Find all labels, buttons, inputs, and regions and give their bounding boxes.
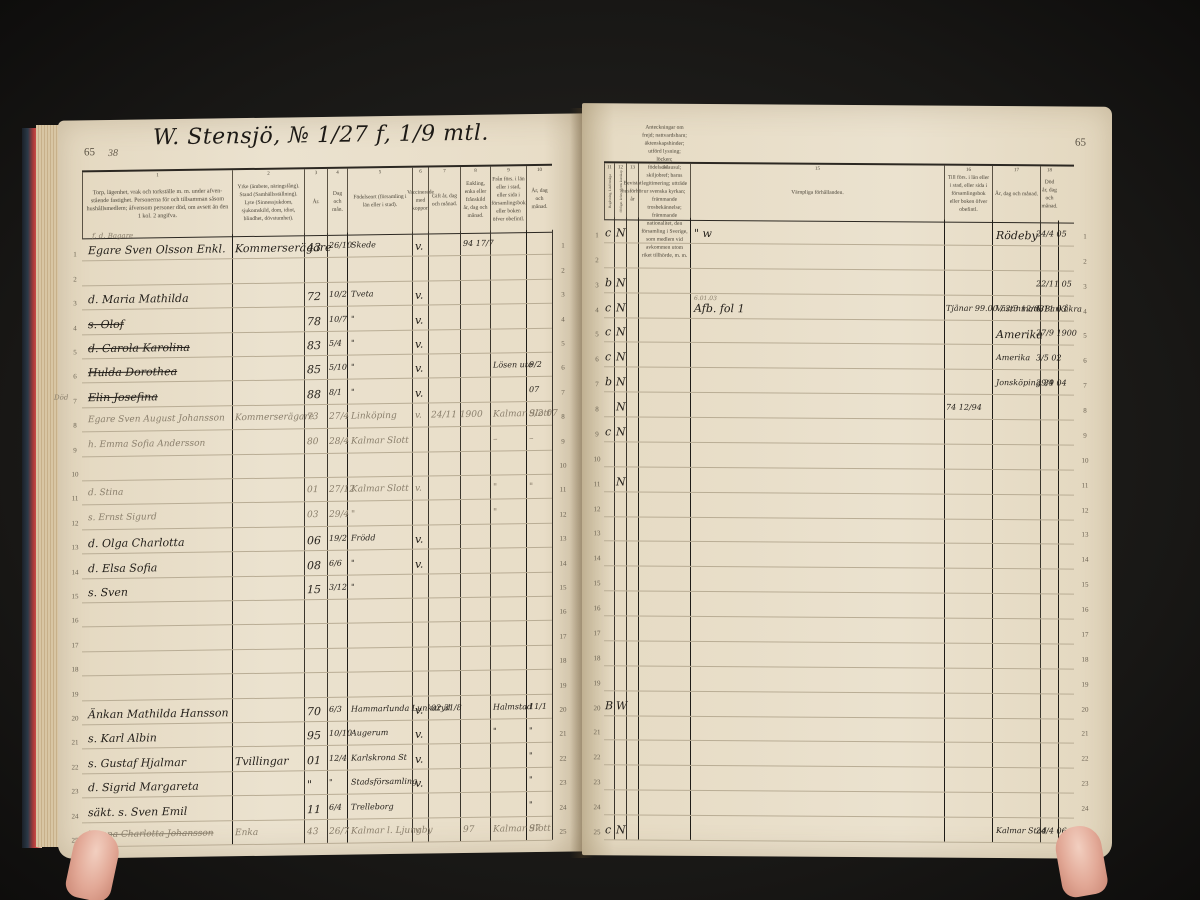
person-name: s. Olof (88, 317, 124, 331)
row-number: 18 (68, 666, 82, 674)
column-rule (232, 234, 233, 844)
person-name: d. Sigrid Margareta (88, 780, 199, 795)
moved-out-date: 27/9 1900 (1036, 329, 1077, 338)
birth-year: 43 (307, 827, 318, 837)
row-number-right: 2 (1078, 257, 1092, 265)
row-number: 19 (68, 690, 82, 698)
birth-year: 95 (307, 729, 321, 742)
moved-out-to: Rödeby (996, 229, 1038, 242)
remarks: Afb. fol 1 (694, 301, 745, 314)
row-number: 24 (68, 812, 82, 820)
row-number-right: 7 (556, 388, 570, 396)
moved-in-from: – (493, 434, 498, 444)
row-rule (82, 840, 552, 848)
row-number-right: 1 (556, 242, 570, 250)
birthplace: " (351, 363, 355, 372)
row-number: 21 (590, 729, 604, 737)
birth-year: 72 (307, 290, 321, 303)
row-number-right: 1 (1078, 232, 1092, 240)
widowed-date: 97 (463, 825, 474, 835)
row-rule (604, 342, 1074, 346)
row-rule (82, 449, 552, 457)
column-number: 7 (429, 168, 460, 176)
row-number-right: 19 (1078, 680, 1092, 688)
reading-ability: c (605, 425, 611, 438)
row-number-right: 21 (1078, 730, 1092, 738)
column-header-6: 6Vaccinerade med koppor. (412, 168, 428, 234)
row-number-right: 23 (556, 779, 570, 787)
row-rule (82, 498, 552, 506)
birth-day-month: 6/6 (329, 558, 342, 567)
column-header-3: 3År. (304, 169, 327, 235)
row-rule (604, 690, 1074, 694)
column-number: 18 (1041, 167, 1058, 175)
row-rule (604, 814, 1074, 818)
row-number-right: 5 (556, 340, 570, 348)
moved-in-date: – (529, 434, 534, 444)
column-header-14: 14Anteckningar om frejd; nattvardsbarn; … (638, 164, 690, 220)
row-number: 24 (590, 803, 604, 811)
row-number-right: 7 (1078, 382, 1092, 390)
religion-knowledge: W (616, 699, 627, 712)
religion-knowledge: N (616, 425, 626, 438)
column-header-8: 8Enkling, enka eller frånskild år, dag o… (460, 167, 490, 233)
row-rule (604, 839, 1074, 843)
row-rule (604, 715, 1074, 719)
row-number: 8 (590, 405, 604, 413)
birthplace: Kalmar Slott (351, 435, 409, 446)
row-number: 9 (68, 446, 82, 454)
column-rule (614, 217, 615, 839)
vaccinated: v. (415, 557, 423, 570)
moved-in-date: " (529, 726, 533, 735)
row-rule (82, 669, 552, 677)
left-register-grid: 11Egare Sven Olsson Enkl.Kommerserägare4… (82, 230, 552, 847)
person-name: s. Gustaf Hjalmar (88, 756, 186, 770)
row-number-right: 6 (556, 364, 570, 372)
row-number: 10 (68, 470, 82, 478)
row-rule (604, 615, 1074, 619)
row-number: 4 (68, 324, 82, 332)
reading-ability: c (605, 226, 611, 239)
column-number: 13 (627, 164, 638, 172)
moved-in-date: " (529, 751, 533, 760)
column-label: Födelseort (församling i län eller i sta… (350, 193, 410, 210)
column-rule (460, 231, 461, 841)
row-number: 16 (590, 604, 604, 612)
birthplace: Tveta (351, 289, 374, 298)
column-label: År, dag och månad. (995, 190, 1038, 198)
moved-out-to: Amerika (996, 353, 1030, 362)
birth-year: 83 (307, 339, 321, 352)
row-rule (604, 516, 1074, 520)
page-number-right: 65 (1075, 137, 1086, 149)
person-name: d. Maria Mathilda (88, 292, 189, 306)
moved-in-from: " (493, 483, 497, 493)
row-number-right: 6 (1078, 357, 1092, 365)
row-rule (604, 541, 1074, 545)
column-label: Till förs. i län eller i stad, eller sid… (947, 174, 990, 214)
column-header-13: 13Bevistat husförhör år (626, 163, 638, 219)
column-rule (944, 220, 945, 842)
column-header-18: 18Död år, dag och månad. (1040, 166, 1058, 222)
row-number-right: 4 (556, 315, 570, 323)
person-name: Egare Sven August Johansson (88, 414, 225, 426)
column-number: 8 (461, 168, 490, 176)
vaccinated: v. (415, 704, 423, 717)
birth-year: 80 (307, 437, 318, 447)
birth-year: 43 (307, 241, 321, 254)
row-number-right: 15 (1078, 581, 1092, 589)
row-number: 17 (590, 629, 604, 637)
column-number: 14 (639, 165, 690, 173)
row-number-right: 12 (1078, 506, 1092, 514)
left-page: 65 38 W. Stensjö, № 1/27 f, 1/9 mtl. 1To… (58, 113, 586, 858)
birth-year: 70 (307, 705, 321, 718)
column-label: Värnpliga förhållanden. (791, 189, 844, 197)
row-number: 6 (68, 373, 82, 381)
moved-out-date: 6/11 03 (1036, 304, 1067, 313)
column-header-10: 10År, dag och månad. (526, 166, 552, 232)
column-rule (626, 217, 627, 839)
birth-day-month: " (329, 778, 333, 787)
column-label: Död år, dag och månad. (1041, 178, 1057, 210)
row-number: 25 (590, 828, 604, 836)
right-column-headers: 11Begåvning, Läsförmåga12Obligat. kriste… (604, 161, 1074, 223)
row-number: 20 (68, 714, 82, 722)
row-number-right: 16 (1078, 606, 1092, 614)
row-number: 15 (590, 579, 604, 587)
column-rule (690, 218, 691, 840)
vaccinated: v. (415, 313, 423, 326)
person-name: Egare Sven Olsson Enkl. (88, 243, 226, 258)
person-name: Hulda Dorothea (88, 365, 177, 379)
row-number: 3 (590, 281, 604, 289)
person-name: säkt. s. Sven Emil (88, 804, 187, 818)
row-number: 11 (68, 495, 82, 503)
vaccinated: v. (415, 386, 423, 399)
birthplace: Karlskrona St (351, 753, 407, 763)
row-number-right: 18 (556, 657, 570, 665)
row-number: 12 (68, 519, 82, 527)
row-number-right: 24 (556, 803, 570, 811)
row-rule (604, 317, 1074, 321)
column-number: 3 (305, 170, 327, 178)
column-number: 9 (491, 167, 526, 175)
row-number: 2 (590, 256, 604, 264)
column-label: Begåvning, Läsförmåga (606, 174, 614, 208)
column-number: 15 (691, 165, 944, 175)
birth-day-month: 5/10 (329, 363, 347, 372)
margin-note: 38 (108, 148, 118, 159)
column-rule (992, 220, 993, 842)
person-name: s. Karl Albin (88, 732, 157, 746)
birth-day-month: 26/7 (329, 827, 349, 837)
row-number-right: 3 (556, 291, 570, 299)
vaccinated: v. (415, 728, 423, 741)
birthplace: " (351, 558, 355, 567)
row-number-right: 20 (556, 706, 570, 714)
row-number: 7 (68, 397, 82, 405)
row-rule (82, 645, 552, 653)
moved-in-from: Kalmar Slott (493, 824, 551, 835)
birth-year: 01 (307, 485, 318, 495)
birth-day-month: 29/4 (329, 509, 349, 519)
column-header-2: 2Yrke (ämbete, näringsfång). Stand (Samh… (232, 169, 304, 236)
birth-day-month: 5/4 (329, 339, 342, 348)
row-number-right: 18 (1078, 655, 1092, 663)
birthplace: " (351, 387, 355, 396)
row-rule (604, 491, 1074, 495)
row-number-right: 11 (1078, 481, 1092, 489)
birthplace: Linköping (351, 411, 397, 422)
moved-in-date: 9/2 07 (529, 409, 558, 419)
row-number: 18 (590, 654, 604, 662)
birth-day-month: 19/2 (329, 534, 347, 543)
row-number-right: 20 (1078, 705, 1092, 713)
row-number-right: 19 (556, 681, 570, 689)
row-number: 22 (590, 754, 604, 762)
birthplace: Augerum (351, 728, 388, 738)
row-number: 9 (590, 430, 604, 438)
page-number-left: 65 (84, 146, 95, 158)
row-rule (82, 620, 552, 628)
religion-knowledge: N (616, 276, 626, 289)
row-number-right: 10 (1078, 456, 1092, 464)
moved-in-from: " (493, 507, 497, 517)
row-rule (604, 367, 1074, 371)
person-name: s. Sven (88, 586, 128, 600)
margin-note: Död (54, 393, 68, 401)
row-rule (604, 242, 1074, 246)
vaccinated: v. (415, 752, 423, 765)
row-rule (604, 640, 1074, 644)
reading-ability: b (605, 375, 612, 388)
row-rule (604, 267, 1074, 271)
vaccinated: v. (415, 484, 422, 494)
moved-out-date: 22/11 05 (1036, 279, 1072, 288)
row-number-right: 12 (556, 510, 570, 518)
row-number-right: 5 (1078, 332, 1092, 340)
occupation: Enka (235, 828, 258, 838)
column-header-1: 1Torp, lägenhet, vrak och torkställe m. … (82, 170, 232, 238)
row-number-right: 22 (1078, 755, 1092, 763)
column-number: 10 (527, 167, 552, 175)
religion-knowledge: N (616, 400, 626, 413)
row-number: 21 (68, 739, 82, 747)
married-date: 02 31/8 (431, 703, 462, 712)
religion-knowledge: N (616, 226, 626, 239)
column-rule (347, 233, 348, 843)
row-number-right: 13 (556, 535, 570, 543)
reading-ability: c (605, 823, 611, 836)
column-rule (490, 231, 491, 841)
vaccinated: v. (415, 411, 422, 421)
vaccinated: v. (415, 338, 423, 351)
remarks: " w (694, 227, 712, 240)
row-number-right: 23 (1078, 780, 1092, 788)
column-header-16: 16Till förs. i län eller i stad, eller s… (944, 166, 992, 222)
row-number-right: 15 (556, 584, 570, 592)
row-number: 15 (68, 592, 82, 600)
widowed-date: 94 17/7 (463, 239, 494, 248)
birth-year: 73 (307, 412, 318, 422)
row-rule (82, 693, 552, 701)
birth-year: 11 (307, 803, 321, 816)
vaccinated: v. (415, 240, 423, 253)
column-number: 17 (993, 167, 1040, 175)
column-label: Enkling, enka eller frånskild år, dag oc… (463, 180, 488, 220)
row-number: 13 (68, 544, 82, 552)
birthplace: " (351, 509, 355, 519)
birth-year: 78 (307, 315, 321, 328)
column-rule (526, 230, 527, 840)
birth-year: 85 (307, 363, 321, 376)
moved-in-from: Halmstad (493, 702, 532, 712)
occupation: Tvillingar (235, 754, 289, 768)
row-number-right: 16 (556, 608, 570, 616)
column-label: Yrke (ämbete, näringsfång). Stand (Samhä… (235, 182, 302, 223)
row-number-right: 9 (556, 437, 570, 445)
row-rule (82, 596, 552, 604)
person-name: Elin Josefina (88, 390, 158, 404)
birthplace: Trelleborg (351, 802, 394, 812)
person-name: h. Emma Sofia Andersson (88, 438, 205, 450)
row-number-right: 3 (1078, 282, 1092, 290)
column-header-11: 11Begåvning, Läsförmåga (604, 163, 614, 219)
person-name: d. Elsa Sofia (88, 561, 157, 575)
row-number: 5 (590, 331, 604, 339)
column-rule (638, 218, 639, 840)
column-number: 4 (328, 170, 347, 178)
moved-in-date: 97 (529, 824, 540, 834)
row-rule (604, 466, 1074, 470)
vaccinated: v. (415, 289, 423, 302)
column-label: Dag och mån. (330, 190, 345, 214)
moved-out-date: 29/9 04 (1036, 378, 1067, 387)
reading-ability: B (605, 699, 613, 712)
column-label: År. (313, 198, 320, 206)
reading-ability: c (605, 301, 611, 314)
remarks-note: 6.01.03 (694, 295, 717, 302)
column-number: 11 (605, 164, 614, 172)
row-rule (604, 740, 1074, 744)
moved-out-date: 3/5 02 (1036, 354, 1062, 363)
column-header-7: 7Gift år, dag och månad. (428, 167, 460, 233)
column-header-4: 4Dag och mån. (327, 169, 347, 235)
row-rule (604, 416, 1074, 420)
birth-day-month: 10/7 (329, 314, 347, 323)
column-rule (327, 233, 328, 843)
row-number-right: 10 (556, 462, 570, 470)
military-status: 74 12/94 (946, 403, 982, 412)
row-number-right: 2 (556, 266, 570, 274)
row-number-right: 24 (1078, 805, 1092, 813)
vaccinated: v. (415, 533, 423, 546)
row-number: 8 (68, 422, 82, 430)
birthplace: Kalmar Slott (351, 484, 409, 495)
row-number: 1 (590, 231, 604, 239)
row-rule (604, 590, 1074, 594)
row-number-right: 14 (556, 559, 570, 567)
row-number: 20 (590, 704, 604, 712)
row-number: 13 (590, 530, 604, 538)
right-register-grid: 11cN" wRödeby24/4 052233bN22/11 0544cNAf… (604, 217, 1074, 842)
birth-year: 08 (307, 559, 321, 572)
column-header-9: 9Från förs. i län eller i stad, eller si… (490, 166, 526, 233)
reading-ability: c (605, 326, 611, 339)
column-label: Från förs. i län eller i stad, eller sid… (491, 175, 525, 223)
column-number: 1 (83, 171, 232, 181)
right-page: 65 11Begåvning, Läsförmåga12Obligat. kri… (582, 103, 1112, 859)
column-label: Gift år, dag och månad. (431, 192, 458, 208)
reading-ability: b (605, 276, 612, 289)
row-number-right: 13 (1078, 531, 1092, 539)
birth-day-month: 10/2 (329, 290, 347, 299)
row-number-right: 11 (556, 486, 570, 494)
religion-knowledge: N (616, 301, 626, 314)
birth-year: 03 (307, 510, 318, 520)
row-number: 5 (68, 348, 82, 356)
column-number: 2 (233, 170, 304, 179)
birthplace: " (351, 583, 355, 592)
row-number: 14 (68, 568, 82, 576)
column-rule (552, 230, 553, 840)
person-name: d. Carola Karolina (88, 341, 190, 355)
column-label: År, dag och månad. (529, 187, 550, 211)
row-rule (82, 279, 552, 287)
column-label: Torp, lägenhet, vrak och torkställe m. m… (85, 187, 230, 221)
row-number-right: 9 (1078, 432, 1092, 440)
column-rule (1040, 220, 1041, 842)
birthplace: Stadsförsamling (351, 777, 417, 787)
row-number: 23 (68, 788, 82, 796)
birth-day-month: 27/4 (329, 412, 349, 422)
birthplace: " (351, 314, 355, 323)
row-number: 11 (590, 480, 604, 488)
row-number: 2 (68, 275, 82, 283)
vaccinated: v. (415, 362, 423, 375)
religion-knowledge: N (616, 475, 626, 488)
birthplace: Skede (351, 241, 376, 250)
column-rule (1058, 220, 1059, 842)
row-number: 3 (68, 300, 82, 308)
column-number: 6 (413, 169, 428, 177)
row-number: 12 (590, 505, 604, 513)
birth-year: 88 (307, 388, 321, 401)
row-number-right: 14 (1078, 556, 1092, 564)
moved-in-date: " (529, 800, 533, 809)
page-heading: W. Stensjö, № 1/27 f, 1/9 mtl. (153, 121, 489, 151)
row-number: 1 (68, 251, 82, 259)
row-number: 14 (590, 555, 604, 563)
row-rule (82, 425, 552, 433)
row-rule (604, 441, 1074, 445)
religion-knowledge: N (616, 326, 626, 339)
vaccinated: v. (415, 826, 422, 836)
row-number: 19 (590, 679, 604, 687)
row-rule (604, 566, 1074, 570)
vaccinated: v. (415, 777, 423, 790)
moved-in-from: Lösen ute (493, 360, 533, 370)
moved-in-date: " (529, 482, 533, 492)
row-rule (82, 327, 552, 335)
birth-year: 01 (307, 754, 321, 767)
moved-in-date: 07 (529, 385, 539, 394)
column-number: 5 (348, 169, 412, 178)
birth-year: 15 (307, 583, 321, 596)
row-number-right: 8 (556, 413, 570, 421)
